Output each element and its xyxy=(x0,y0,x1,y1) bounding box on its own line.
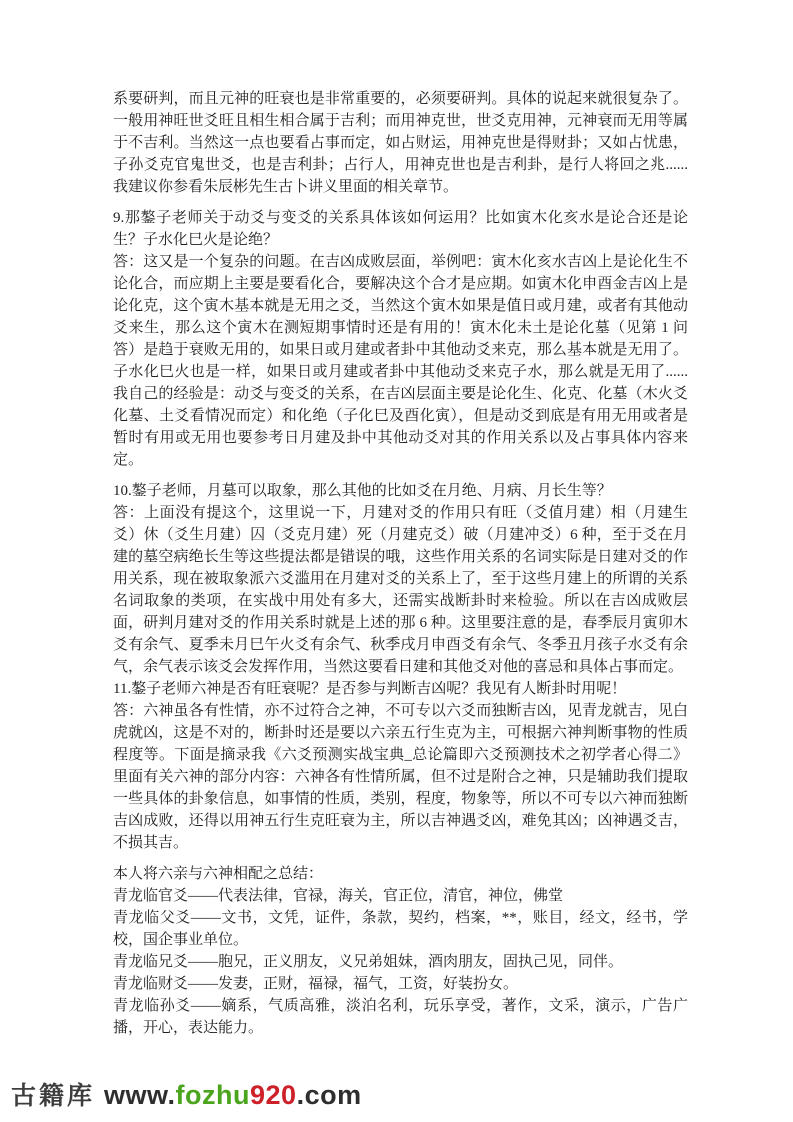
answer-9: 答：这又是一个复杂的问题。在吉凶成败层面，举例吧：寅木化亥水吉凶上是论化生不论化… xyxy=(113,251,688,471)
qa-section-9: 9.那鏊子老师关于动爻与变爻的关系具体该如何运用？比如寅木化亥水是论合还是论生？… xyxy=(113,207,688,471)
watermark-logo: 古籍库 www.fozhu920.com xyxy=(11,1076,362,1112)
paragraph-continuation: 系要研判，而且元神的旺衰也是非常重要的，必须要研判。具体的说起来就很复杂了。一般… xyxy=(113,88,688,198)
summary-item-fu: 青龙临父爻——文书，文凭，证件，条款，契约，档案，**，账目，经文，经书，学校，… xyxy=(113,907,688,951)
url-com-part: .com xyxy=(297,1080,362,1110)
url-www-part: www. xyxy=(104,1080,176,1110)
answer-11: 答：六神虽各有性情，亦不过符合之神，不可专以六爻而独断吉凶，见青龙就吉，见白虎就… xyxy=(113,700,688,854)
summary-intro: 本人将六亲与六神相配之总结： xyxy=(113,863,688,885)
summary-item-xiong: 青龙临兄爻——胞兄，正义朋友，义兄弟姐妹，酒肉朋友，固执己见，同伴。 xyxy=(113,951,688,973)
url-fozhu-part: fozhu xyxy=(176,1080,250,1110)
summary-section: 本人将六亲与六神相配之总结： 青龙临官爻——代表法律，官禄，海关，官正位，清官，… xyxy=(113,863,688,1039)
qa-section-11: 11.鏊子老师六神是否有旺衰呢？是否参与判断吉凶呢？我见有人断卦时用呢！ 答：六… xyxy=(113,678,688,854)
summary-item-cai: 青龙临财爻——发妻，正财，福禄，福气，工资，好装扮女。 xyxy=(113,973,688,995)
answer-10: 答：上面没有提这个，这里说一下，月建对爻的作用只有旺（爻值月建）相（月建生爻）休… xyxy=(113,502,688,678)
question-9: 9.那鏊子老师关于动爻与变爻的关系具体该如何运用？比如寅木化亥水是论合还是论生？… xyxy=(113,207,688,251)
url-920-part: 920 xyxy=(250,1080,297,1110)
site-url: www.fozhu920.com xyxy=(104,1080,362,1111)
document-body: 系要研判，而且元神的旺衰也是非常重要的，必须要研判。具体的说起来就很复杂了。一般… xyxy=(113,88,688,1039)
question-11: 11.鏊子老师六神是否有旺衰呢？是否参与判断吉凶呢？我见有人断卦时用呢！ xyxy=(113,678,688,700)
summary-item-guan: 青龙临官爻——代表法律，官禄，海关，官正位，清官，神位，佛堂 xyxy=(113,885,688,907)
question-10: 10.鏊子老师，月墓可以取象，那么其他的比如爻在月绝、月病、月长生等？ xyxy=(113,480,688,502)
summary-item-sun: 青龙临孙爻——嫡系，气质高雅，淡泊名利，玩乐享受，著作，文采，演示，广告广播，开… xyxy=(113,995,688,1039)
qa-section-10: 10.鏊子老师，月墓可以取象，那么其他的比如爻在月绝、月病、月长生等？ 答：上面… xyxy=(113,480,688,678)
site-name-label: 古籍库 xyxy=(11,1076,95,1112)
scanned-document-page: { "content": { "continuation_paragraph":… xyxy=(0,0,793,1122)
